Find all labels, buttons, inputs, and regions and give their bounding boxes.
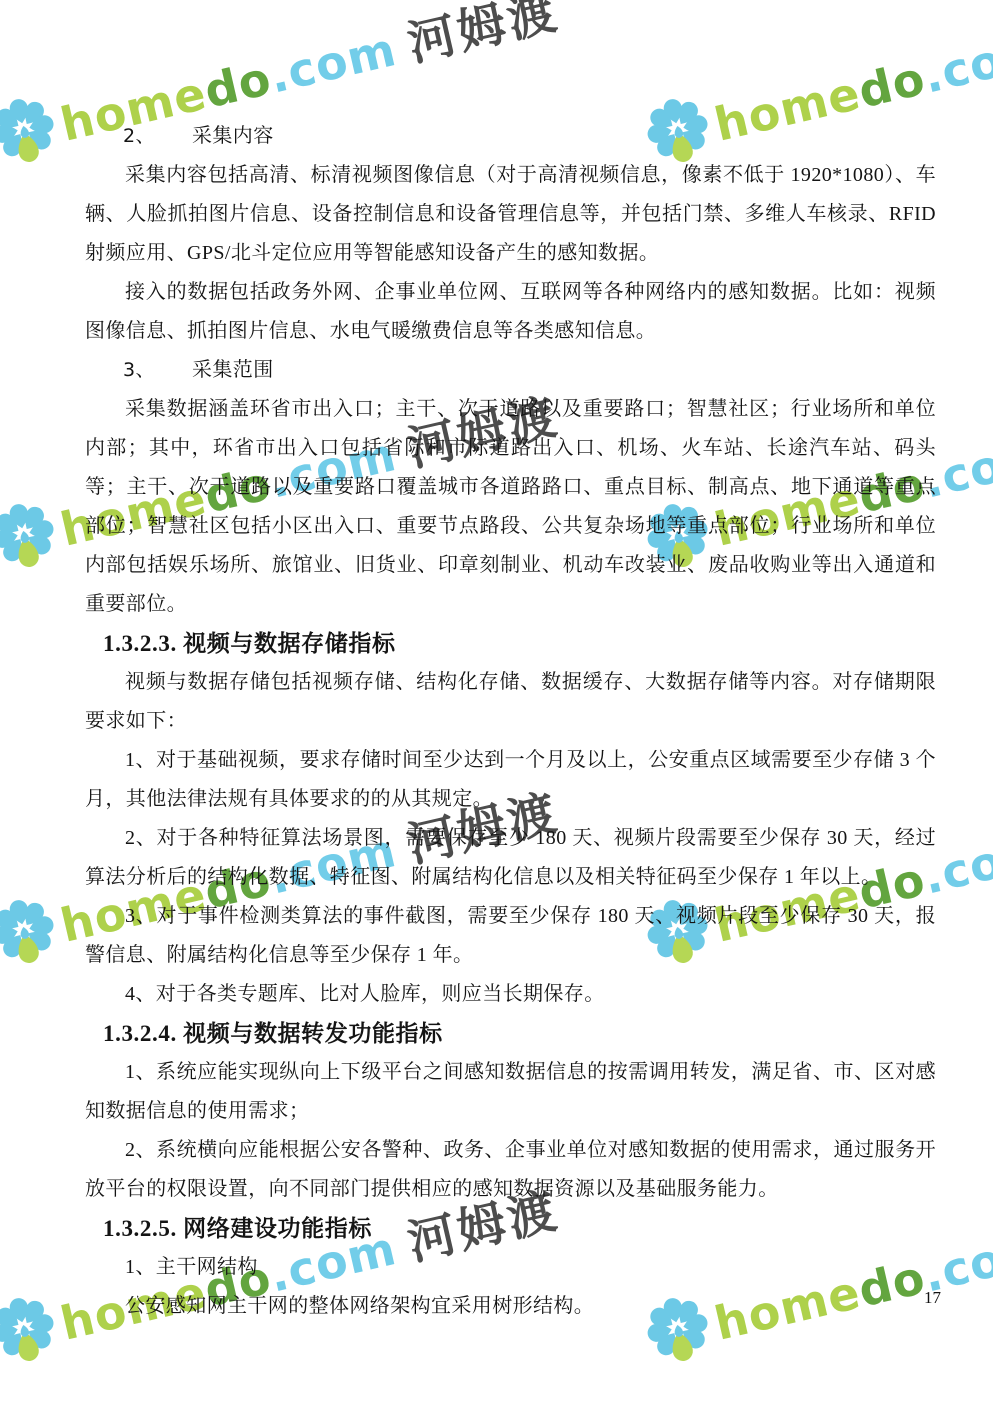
paragraph: 公安感知网主干网的整体网络架构宜采用树形结构。 [85, 1287, 936, 1326]
flower-logo-icon [0, 494, 65, 584]
watermark-cn-text: 河姆渡 [403, 0, 563, 69]
subsection-heading: 1.3.2.3. 视频与数据存储指标 [103, 624, 936, 663]
page-number: 17 [924, 1288, 941, 1308]
list-item-number: 3、 [123, 351, 192, 390]
subsection-heading: 1.3.2.5. 网络建设功能指标 [103, 1209, 936, 1248]
subsection-heading: 1.3.2.4. 视频与数据转发功能指标 [103, 1014, 936, 1053]
document-page: homedo.com 河姆渡 homedo.com 河姆渡 homedo.com… [0, 0, 993, 1403]
paragraph: 1、系统应能实现纵向上下级平台之间感知数据信息的按需调用转发，满足省、市、区对感… [85, 1053, 936, 1131]
list-item-heading: 2、采集内容 [123, 117, 936, 156]
flower-logo-icon [0, 89, 65, 179]
paragraph: 2、系统横向应能根据公安各警种、政务、企事业单位对感知数据的使用需求，通过服务开… [85, 1131, 936, 1209]
paragraph: 接入的数据包括政务外网、企事业单位网、互联网等各种网络内的感知数据。比如：视频图… [85, 273, 936, 351]
flower-logo-icon [0, 890, 65, 980]
list-item-title: 采集范围 [192, 359, 274, 381]
paragraph: 视频与数据存储包括视频存储、结构化存储、数据缓存、大数据存储等内容。对存储期限要… [85, 663, 936, 741]
list-item-title: 采集内容 [192, 125, 274, 147]
paragraph: 4、对于各类专题库、比对人脸库，则应当长期保存。 [85, 975, 936, 1014]
paragraph: 3、对于事件检测类算法的事件截图，需要至少保存 180 天、视频片段至少保存 3… [85, 897, 936, 975]
flower-logo-icon [0, 1288, 65, 1378]
paragraph: 1、主干网结构 [85, 1248, 936, 1287]
paragraph: 1、对于基础视频，要求存储时间至少达到一个月及以上，公安重点区域需要至少存储 3… [85, 741, 936, 819]
list-item-heading: 3、采集范围 [123, 351, 936, 390]
list-item-number: 2、 [123, 117, 192, 156]
paragraph: 采集数据涵盖环省市出入口；主干、次干道路以及重要路口；智慧社区；行业场所和单位内… [85, 390, 936, 624]
paragraph: 2、对于各种特征算法场景图，需要保存至少 180 天、视频片段需要至少保存 30… [85, 819, 936, 897]
document-body: 2、采集内容 采集内容包括高清、标清视频图像信息（对于高清视频信息，像素不低于 … [85, 117, 936, 1326]
paragraph: 采集内容包括高清、标清视频图像信息（对于高清视频信息，像素不低于 1920*10… [85, 156, 936, 273]
